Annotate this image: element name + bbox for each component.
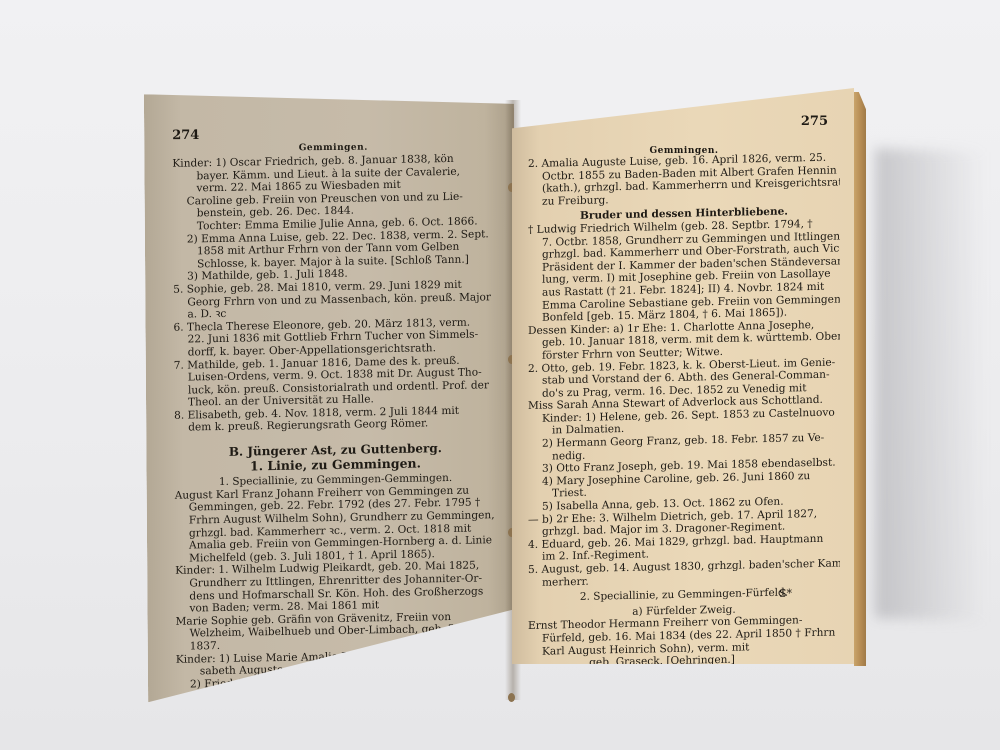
signature-mark: S* (779, 587, 792, 600)
page-number-left: 274 (172, 128, 199, 143)
binding-thread-icon (508, 693, 515, 702)
page-number-right: 275 (801, 114, 828, 129)
right-page: 275 Gemmingen. 2. Amalia Auguste Luise, … (512, 88, 854, 664)
book-shadow (875, 148, 985, 622)
left-entries: Kinder: 1) Oscar Friedrich, geb. 8. Janu… (172, 152, 498, 691)
left-page: 274 Gemmingen. Kinder: 1) Oscar Friedric… (144, 92, 518, 703)
right-entries: 2. Amalia Auguste Luise, geb. 16. April … (528, 151, 840, 670)
page-block-edge (854, 92, 866, 666)
